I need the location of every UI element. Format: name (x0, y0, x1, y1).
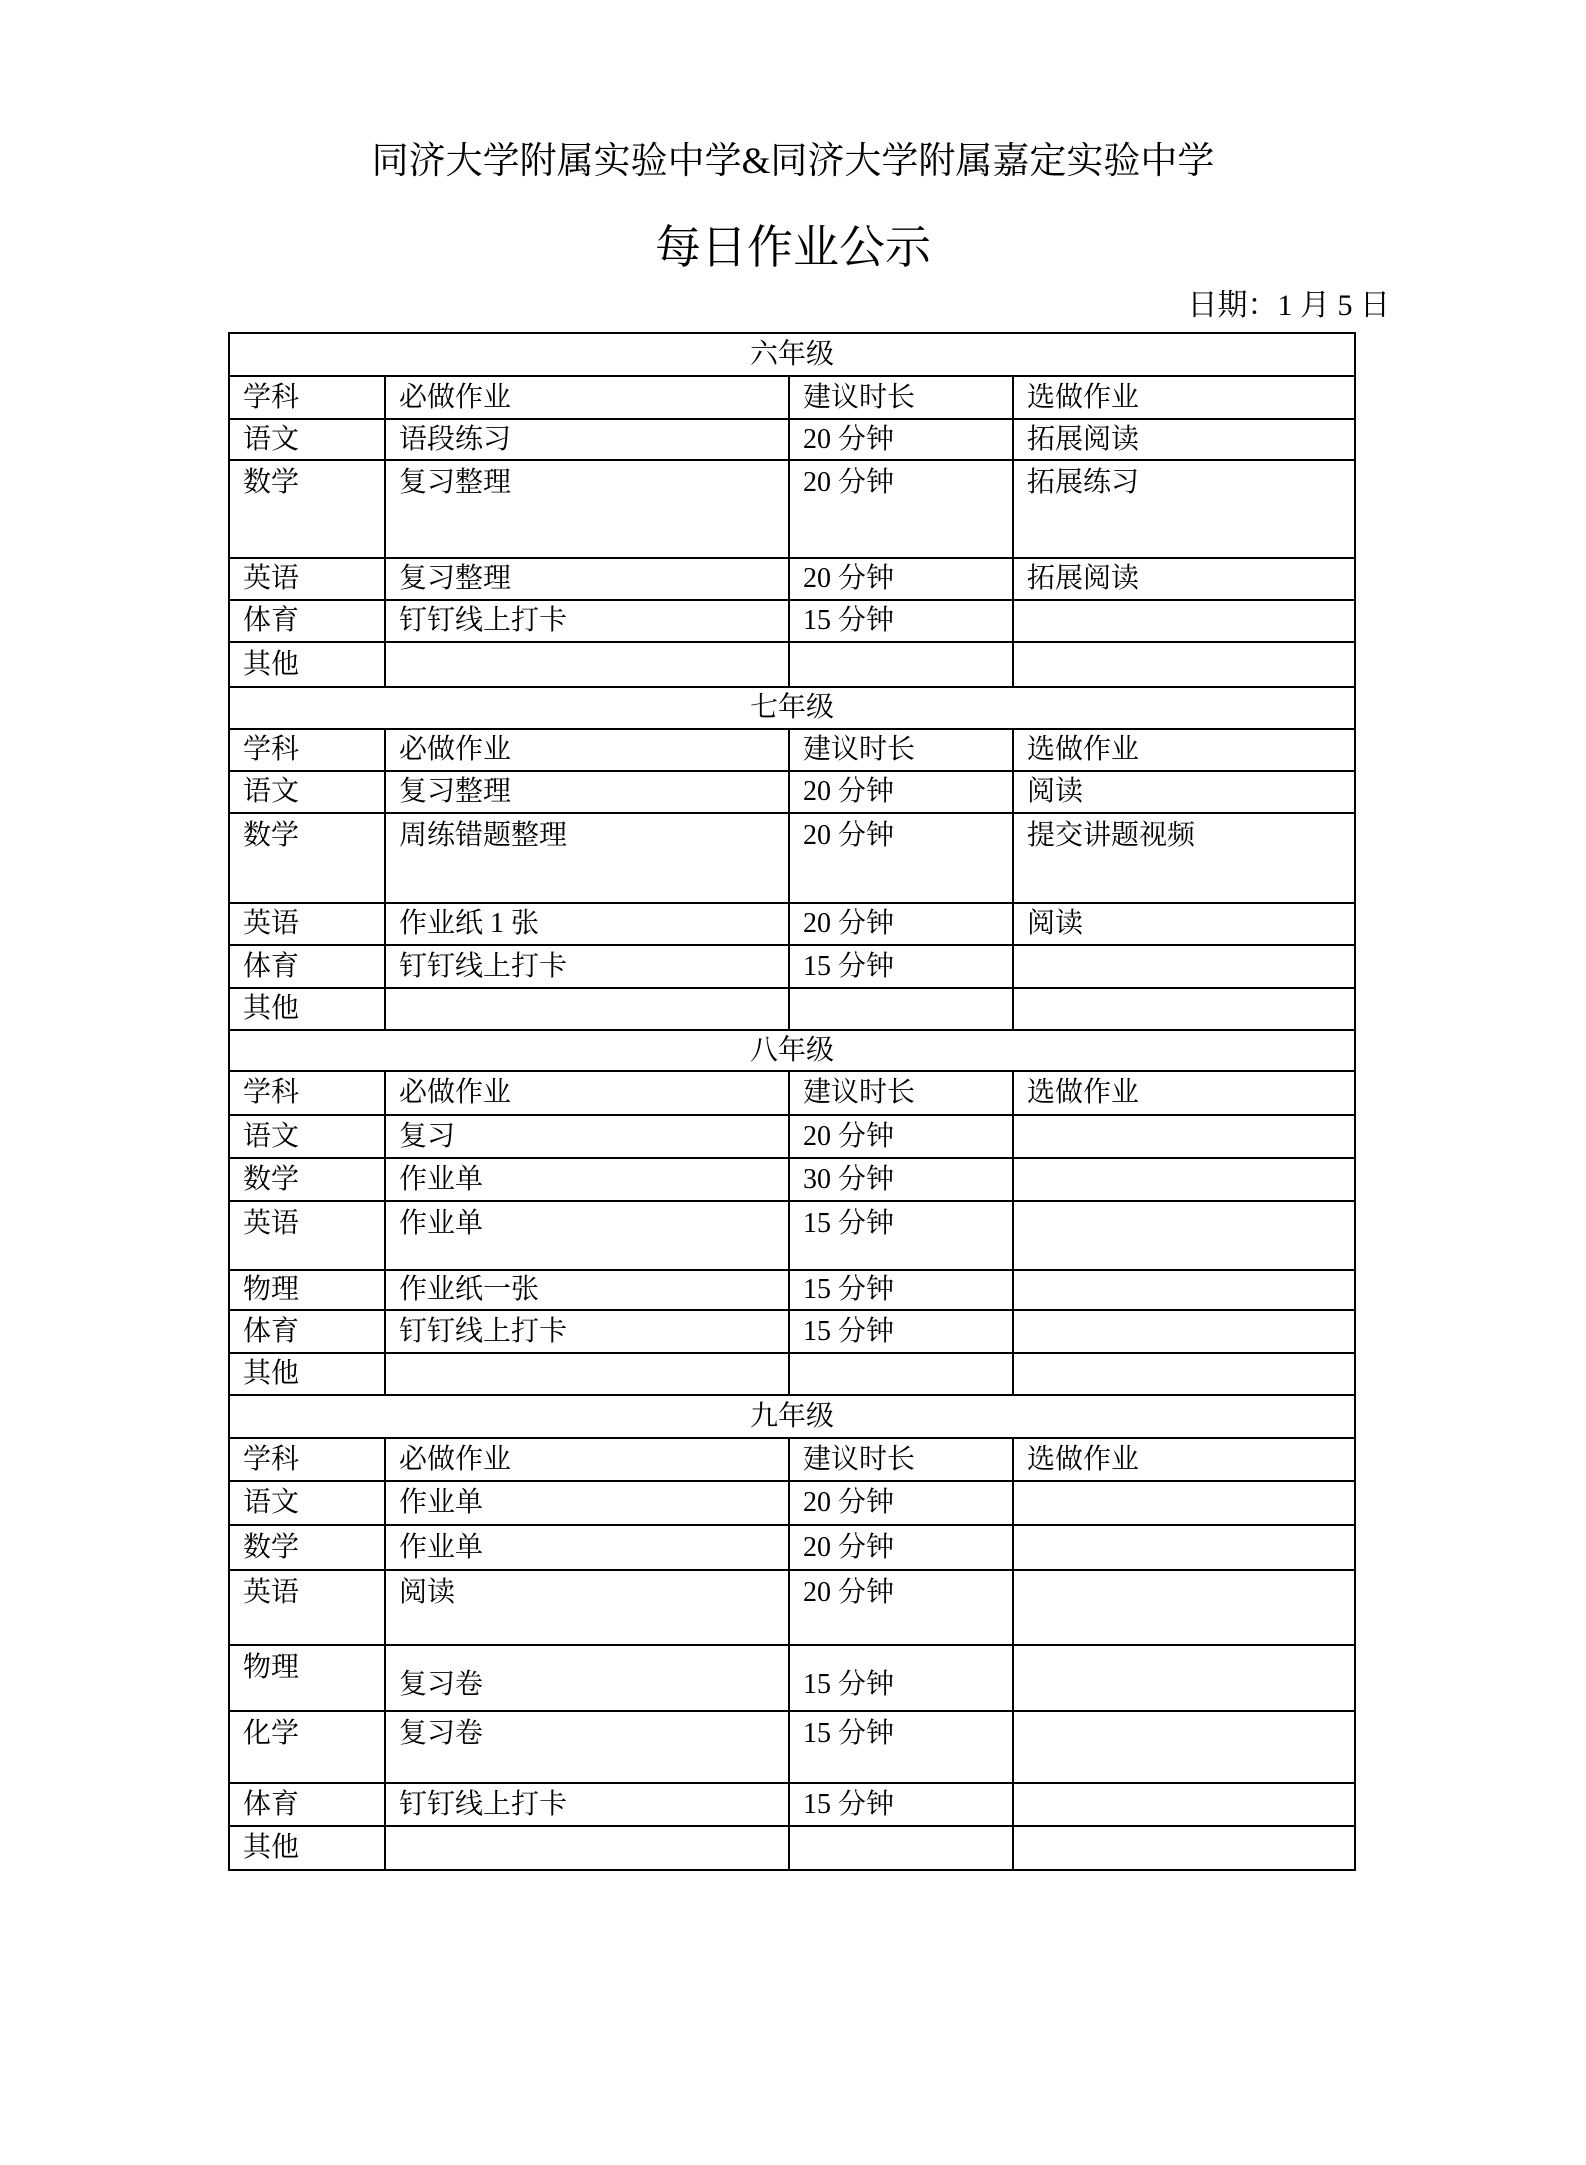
column-header-row: 学科 必做作业 建议时长 选做作业 (229, 376, 1355, 419)
required-homework-cell: 语段练习 (385, 419, 789, 460)
grade-label: 六年级 (229, 333, 1355, 376)
optional-homework-cell (1013, 988, 1355, 1030)
subject-cell: 化学 (229, 1711, 385, 1783)
column-header-optional: 选做作业 (1013, 729, 1355, 771)
subject-cell: 语文 (229, 1481, 385, 1525)
duration-cell: 15 分钟 (789, 600, 1013, 642)
column-header-required: 必做作业 (385, 1071, 789, 1115)
optional-homework-cell (1013, 1783, 1355, 1826)
duration-cell (789, 1826, 1013, 1870)
subject-cell: 其他 (229, 1826, 385, 1870)
duration-cell: 15 分钟 (789, 1783, 1013, 1826)
duration-cell: 20 分钟 (789, 419, 1013, 460)
table-row: 数学 作业单 20 分钟 (229, 1525, 1355, 1570)
subject-cell: 其他 (229, 642, 385, 687)
subject-cell: 其他 (229, 988, 385, 1030)
required-homework-cell: 复习整理 (385, 460, 789, 558)
table-row: 语文 语段练习 20 分钟 拓展阅读 (229, 419, 1355, 460)
page-subtitle: 每日作业公示 (0, 223, 1586, 274)
grade-label: 七年级 (229, 687, 1355, 729)
optional-homework-cell (1013, 1826, 1355, 1870)
duration-cell: 20 分钟 (789, 1481, 1013, 1525)
required-homework-cell: 周练错题整理 (385, 813, 789, 903)
subject-cell: 物理 (229, 1645, 385, 1711)
optional-homework-cell (1013, 1115, 1355, 1158)
table-row: 语文 复习整理 20 分钟 阅读 (229, 771, 1355, 813)
document-page: 同济大学附属实验中学&同济大学附属嘉定实验中学 每日作业公示 日期：1 月 5 … (0, 142, 1586, 1871)
subject-cell: 其他 (229, 1353, 385, 1395)
grade-header-row: 七年级 (229, 687, 1355, 729)
optional-homework-cell (1013, 1711, 1355, 1783)
required-homework-cell: 作业单 (385, 1201, 789, 1270)
grade-label: 九年级 (229, 1395, 1355, 1438)
column-header-subject: 学科 (229, 1071, 385, 1115)
required-homework-cell: 钉钉线上打卡 (385, 600, 789, 642)
column-header-duration: 建议时长 (789, 376, 1013, 419)
optional-homework-cell (1013, 1270, 1355, 1310)
table-row: 物理 作业纸一张 15 分钟 (229, 1270, 1355, 1310)
table-row: 化学 复习卷 15 分钟 (229, 1711, 1355, 1783)
table-row: 数学 复习整理 20 分钟 拓展练习 (229, 460, 1355, 558)
optional-homework-cell (1013, 1310, 1355, 1353)
table-row: 体育 钉钉线上打卡 15 分钟 (229, 945, 1355, 988)
table-row: 物理 复习卷 15 分钟 (229, 1645, 1355, 1711)
subject-cell: 物理 (229, 1270, 385, 1310)
optional-homework-cell (1013, 1525, 1355, 1570)
required-homework-cell (385, 1826, 789, 1870)
duration-cell: 20 分钟 (789, 771, 1013, 813)
required-homework-cell (385, 642, 789, 687)
optional-homework-cell: 拓展练习 (1013, 460, 1355, 558)
duration-cell: 15 分钟 (789, 945, 1013, 988)
subject-cell: 体育 (229, 1783, 385, 1826)
table-row: 语文 复习 20 分钟 (229, 1115, 1355, 1158)
column-header-row: 学科 必做作业 建议时长 选做作业 (229, 1438, 1355, 1481)
column-header-subject: 学科 (229, 1438, 385, 1481)
required-homework-cell: 作业单 (385, 1525, 789, 1570)
page-title: 同济大学附属实验中学&同济大学附属嘉定实验中学 (0, 142, 1586, 183)
duration-cell: 20 分钟 (789, 813, 1013, 903)
optional-homework-cell (1013, 1158, 1355, 1201)
required-homework-cell: 作业单 (385, 1481, 789, 1525)
duration-cell: 30 分钟 (789, 1158, 1013, 1201)
optional-homework-cell (1013, 1353, 1355, 1395)
table-row: 英语 复习整理 20 分钟 拓展阅读 (229, 558, 1355, 600)
required-homework-cell: 复习卷 (385, 1711, 789, 1783)
duration-cell: 20 分钟 (789, 903, 1013, 945)
duration-cell: 15 分钟 (789, 1711, 1013, 1783)
duration-cell: 20 分钟 (789, 1115, 1013, 1158)
subject-cell: 体育 (229, 600, 385, 642)
column-header-duration: 建议时长 (789, 1071, 1013, 1115)
subject-cell: 体育 (229, 945, 385, 988)
subject-cell: 体育 (229, 1310, 385, 1353)
date-label: 日期：1 月 5 日 (230, 289, 1390, 322)
table-row: 其他 (229, 1826, 1355, 1870)
optional-homework-cell (1013, 1645, 1355, 1711)
optional-homework-cell: 拓展阅读 (1013, 558, 1355, 600)
column-header-required: 必做作业 (385, 1438, 789, 1481)
table-row: 体育 钉钉线上打卡 15 分钟 (229, 1783, 1355, 1826)
subject-cell: 数学 (229, 1525, 385, 1570)
table-row: 英语 作业纸 1 张 20 分钟 阅读 (229, 903, 1355, 945)
column-header-subject: 学科 (229, 729, 385, 771)
optional-homework-cell: 拓展阅读 (1013, 419, 1355, 460)
duration-cell (789, 988, 1013, 1030)
column-header-row: 学科 必做作业 建议时长 选做作业 (229, 1071, 1355, 1115)
grade-header-row: 九年级 (229, 1395, 1355, 1438)
required-homework-cell: 复习整理 (385, 771, 789, 813)
subject-cell: 语文 (229, 771, 385, 813)
grade-header-row: 六年级 (229, 333, 1355, 376)
optional-homework-cell (1013, 945, 1355, 988)
column-header-required: 必做作业 (385, 729, 789, 771)
table-row: 数学 周练错题整理 20 分钟 提交讲题视频 (229, 813, 1355, 903)
subject-cell: 数学 (229, 1158, 385, 1201)
required-homework-cell (385, 1353, 789, 1395)
duration-cell: 15 分钟 (789, 1270, 1013, 1310)
required-homework-cell: 阅读 (385, 1570, 789, 1645)
required-homework-cell: 钉钉线上打卡 (385, 1783, 789, 1826)
table-row: 英语 阅读 20 分钟 (229, 1570, 1355, 1645)
duration-cell: 20 分钟 (789, 1525, 1013, 1570)
column-header-duration: 建议时长 (789, 729, 1013, 771)
required-homework-cell: 作业纸 1 张 (385, 903, 789, 945)
required-homework-cell: 钉钉线上打卡 (385, 945, 789, 988)
optional-homework-cell (1013, 1201, 1355, 1270)
table-row: 其他 (229, 642, 1355, 687)
table-row: 体育 钉钉线上打卡 15 分钟 (229, 600, 1355, 642)
duration-cell: 15 分钟 (789, 1201, 1013, 1270)
required-homework-cell: 作业纸一张 (385, 1270, 789, 1310)
duration-cell: 15 分钟 (789, 1310, 1013, 1353)
subject-cell: 数学 (229, 813, 385, 903)
optional-homework-cell: 阅读 (1013, 903, 1355, 945)
subject-cell: 语文 (229, 1115, 385, 1158)
optional-homework-cell (1013, 642, 1355, 687)
duration-cell: 15 分钟 (789, 1645, 1013, 1711)
table-row: 其他 (229, 1353, 1355, 1395)
subject-cell: 英语 (229, 1570, 385, 1645)
column-header-required: 必做作业 (385, 376, 789, 419)
grade-header-row: 八年级 (229, 1030, 1355, 1071)
duration-cell: 20 分钟 (789, 1570, 1013, 1645)
required-homework-cell (385, 988, 789, 1030)
subject-cell: 数学 (229, 460, 385, 558)
column-header-subject: 学科 (229, 376, 385, 419)
table-row: 英语 作业单 15 分钟 (229, 1201, 1355, 1270)
table-row: 体育 钉钉线上打卡 15 分钟 (229, 1310, 1355, 1353)
subject-cell: 英语 (229, 1201, 385, 1270)
required-homework-cell: 复习卷 (385, 1645, 789, 1711)
duration-cell (789, 642, 1013, 687)
grade-label: 八年级 (229, 1030, 1355, 1071)
optional-homework-cell (1013, 1570, 1355, 1645)
required-homework-cell: 复习整理 (385, 558, 789, 600)
column-header-row: 学科 必做作业 建议时长 选做作业 (229, 729, 1355, 771)
column-header-duration: 建议时长 (789, 1438, 1013, 1481)
optional-homework-cell (1013, 600, 1355, 642)
duration-cell: 20 分钟 (789, 460, 1013, 558)
optional-homework-cell: 阅读 (1013, 771, 1355, 813)
required-homework-cell: 钉钉线上打卡 (385, 1310, 789, 1353)
column-header-optional: 选做作业 (1013, 376, 1355, 419)
column-header-optional: 选做作业 (1013, 1071, 1355, 1115)
table-row: 其他 (229, 988, 1355, 1030)
subject-cell: 英语 (229, 903, 385, 945)
subject-cell: 语文 (229, 419, 385, 460)
duration-cell: 20 分钟 (789, 558, 1013, 600)
column-header-optional: 选做作业 (1013, 1438, 1355, 1481)
table-row: 语文 作业单 20 分钟 (229, 1481, 1355, 1525)
homework-table: 六年级 学科 必做作业 建议时长 选做作业 语文 语段练习 20 分钟 拓展阅读… (228, 332, 1356, 1871)
duration-cell (789, 1353, 1013, 1395)
table-row: 数学 作业单 30 分钟 (229, 1158, 1355, 1201)
required-homework-cell: 作业单 (385, 1158, 789, 1201)
required-homework-cell: 复习 (385, 1115, 789, 1158)
optional-homework-cell: 提交讲题视频 (1013, 813, 1355, 903)
optional-homework-cell (1013, 1481, 1355, 1525)
subject-cell: 英语 (229, 558, 385, 600)
